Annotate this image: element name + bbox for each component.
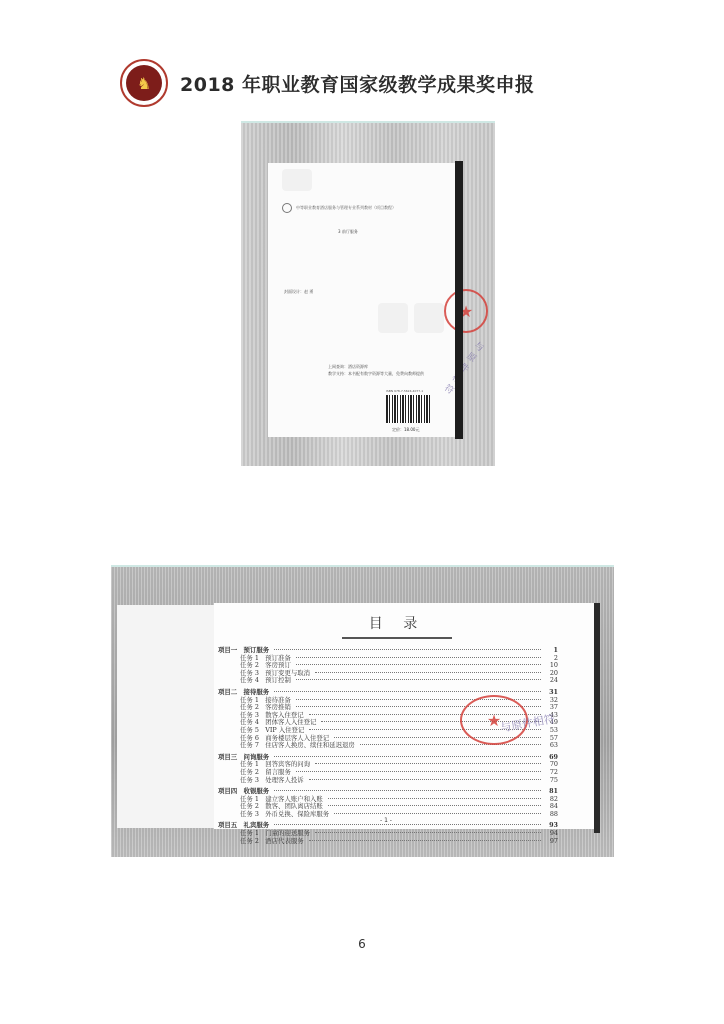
- designer-credit: 封面设计：赵 勇: [284, 289, 313, 295]
- toc-leader-dots: [274, 649, 541, 650]
- toc-leader-dots: [296, 664, 541, 665]
- toc-task-row: 任务 2 客房预订10: [218, 660, 558, 668]
- toc-leader-dots: [315, 672, 541, 673]
- barcode-icon: [386, 395, 430, 423]
- designer-name: 赵 勇: [304, 289, 313, 294]
- toc-leader-dots: [315, 832, 541, 833]
- links-line-2: 教学支持：本书配有数字资源等大量，免费向教师提供: [328, 370, 424, 377]
- toc-entry-label: 任务 2 酒店代表服务: [218, 836, 306, 845]
- red-seal-icon: ★: [444, 289, 488, 333]
- series-line: 中等职业教育酒店服务与管理专业系列教材（项目教程）: [282, 203, 396, 213]
- toc-leader-dots: [274, 691, 541, 692]
- book-title: 3 前厅服务: [338, 229, 358, 235]
- toc-task-row: 任务 3 外币兑换、保险库服务88: [218, 809, 558, 817]
- toc-entry-label: 任务 4 预订控制: [218, 675, 293, 684]
- toc-leader-dots: [315, 763, 541, 764]
- toc-task-row: 任务 2 散客、团队离店结账84: [218, 801, 558, 809]
- publisher-logo-icon: [282, 203, 292, 213]
- toc-task-row: 任务 1 建立客人账户和入账82: [218, 794, 558, 802]
- toc-left-page: [117, 605, 215, 828]
- horse-icon: ♞: [126, 65, 162, 101]
- back-cover-scan: 中等职业教育酒店服务与管理专业系列教材（项目教程） 3 前厅服务 封面设计：赵 …: [241, 121, 495, 466]
- toc-task-row: 任务 4 预订控制24: [218, 675, 558, 683]
- series-title: 中等职业教育酒店服务与管理专业系列教材（项目教程）: [296, 205, 396, 211]
- cover-links: 上网查询：酒店资源库 教学支持：本书配有数字资源等大量，免费向教师提供: [328, 363, 424, 377]
- toc-entry-page: 24: [544, 676, 558, 684]
- toc-project-row: 项目二 接待服务31: [218, 687, 558, 695]
- toc-leader-dots: [296, 657, 541, 658]
- toc-project-row: 项目一 预订服务1: [218, 645, 558, 653]
- toc-leader-dots: [334, 813, 541, 814]
- toc-project-row: 项目四 收银服务81: [218, 786, 558, 794]
- toc-leader-dots: [296, 771, 541, 772]
- designer-label: 封面设计：: [284, 289, 304, 294]
- school-emblem-icon: ♞: [120, 59, 168, 107]
- toc-page-marker: - 1 -: [380, 817, 392, 824]
- toc-task-row: 任务 3 处理客人投诉75: [218, 775, 558, 783]
- toc-entry-label: 任务 3 处理客人投诉: [218, 775, 306, 784]
- toc-heading: 目 录: [342, 613, 452, 639]
- page-number: 6: [0, 937, 724, 951]
- toc-page: 目 录 项目一 预订服务1任务 1 预订准备2任务 2 客房预订10任务 3 预…: [214, 603, 594, 829]
- toc-leader-dots: [309, 840, 541, 841]
- book-spine: [594, 603, 600, 833]
- book-spine: [455, 161, 463, 439]
- toc-entry-page: 97: [544, 837, 558, 845]
- toc-task-row: 任务 2 酒店代表服务97: [218, 836, 558, 844]
- toc-task-row: 任务 1 回答宾客的问询70: [218, 759, 558, 767]
- toc-leader-dots: [274, 824, 541, 825]
- toc-leader-dots: [274, 790, 541, 791]
- toc-entry-page: 63: [544, 741, 558, 749]
- toc-list: 项目一 预订服务1任务 1 预订准备2任务 2 客房预订10任务 3 预订变更与…: [218, 645, 558, 843]
- certified-copy-stamp: 与原件相符: [442, 338, 487, 396]
- toc-task-row: 任务 1 预订准备2: [218, 653, 558, 661]
- toc-leader-dots: [296, 679, 541, 680]
- toc-leader-dots: [309, 779, 541, 780]
- toc-leader-dots: [328, 805, 541, 806]
- toc-scan: 目 录 项目一 预订服务1任务 1 预订准备2任务 2 客房预订10任务 3 预…: [111, 565, 614, 857]
- toc-entry-page: 88: [544, 810, 558, 818]
- toc-task-row: 任务 3 预订变更与取消20: [218, 668, 558, 676]
- toc-leader-dots: [328, 798, 541, 799]
- toc-entry-page: 75: [544, 776, 558, 784]
- page-header: ♞ 2018 年职业教育国家级教学成果奖申报: [120, 58, 535, 108]
- toc-task-row: 任务 2 留言服务72: [218, 767, 558, 775]
- toc-leader-dots: [274, 756, 541, 757]
- toc-entry-label: 任务 7 住店客人换房、续住和延迟退房: [218, 740, 357, 749]
- toc-entry-label: 任务 3 外币兑换、保险库服务: [218, 809, 331, 818]
- toc-task-row: 任务 1 门童的迎送服务94: [218, 828, 558, 836]
- isbn: ISBN 978-7-5624-4077-1: [386, 389, 423, 393]
- toc-leader-dots: [360, 744, 541, 745]
- price: 定价：18.00元: [392, 427, 419, 433]
- back-cover-page: 中等职业教育酒店服务与管理专业系列教材（项目教程） 3 前厅服务 封面设计：赵 …: [268, 163, 462, 437]
- page-title: 2018 年职业教育国家级教学成果奖申报: [180, 70, 535, 97]
- links-line-1: 上网查询：酒店资源库: [328, 363, 424, 370]
- toc-project-row: 项目三 问询服务69: [218, 752, 558, 760]
